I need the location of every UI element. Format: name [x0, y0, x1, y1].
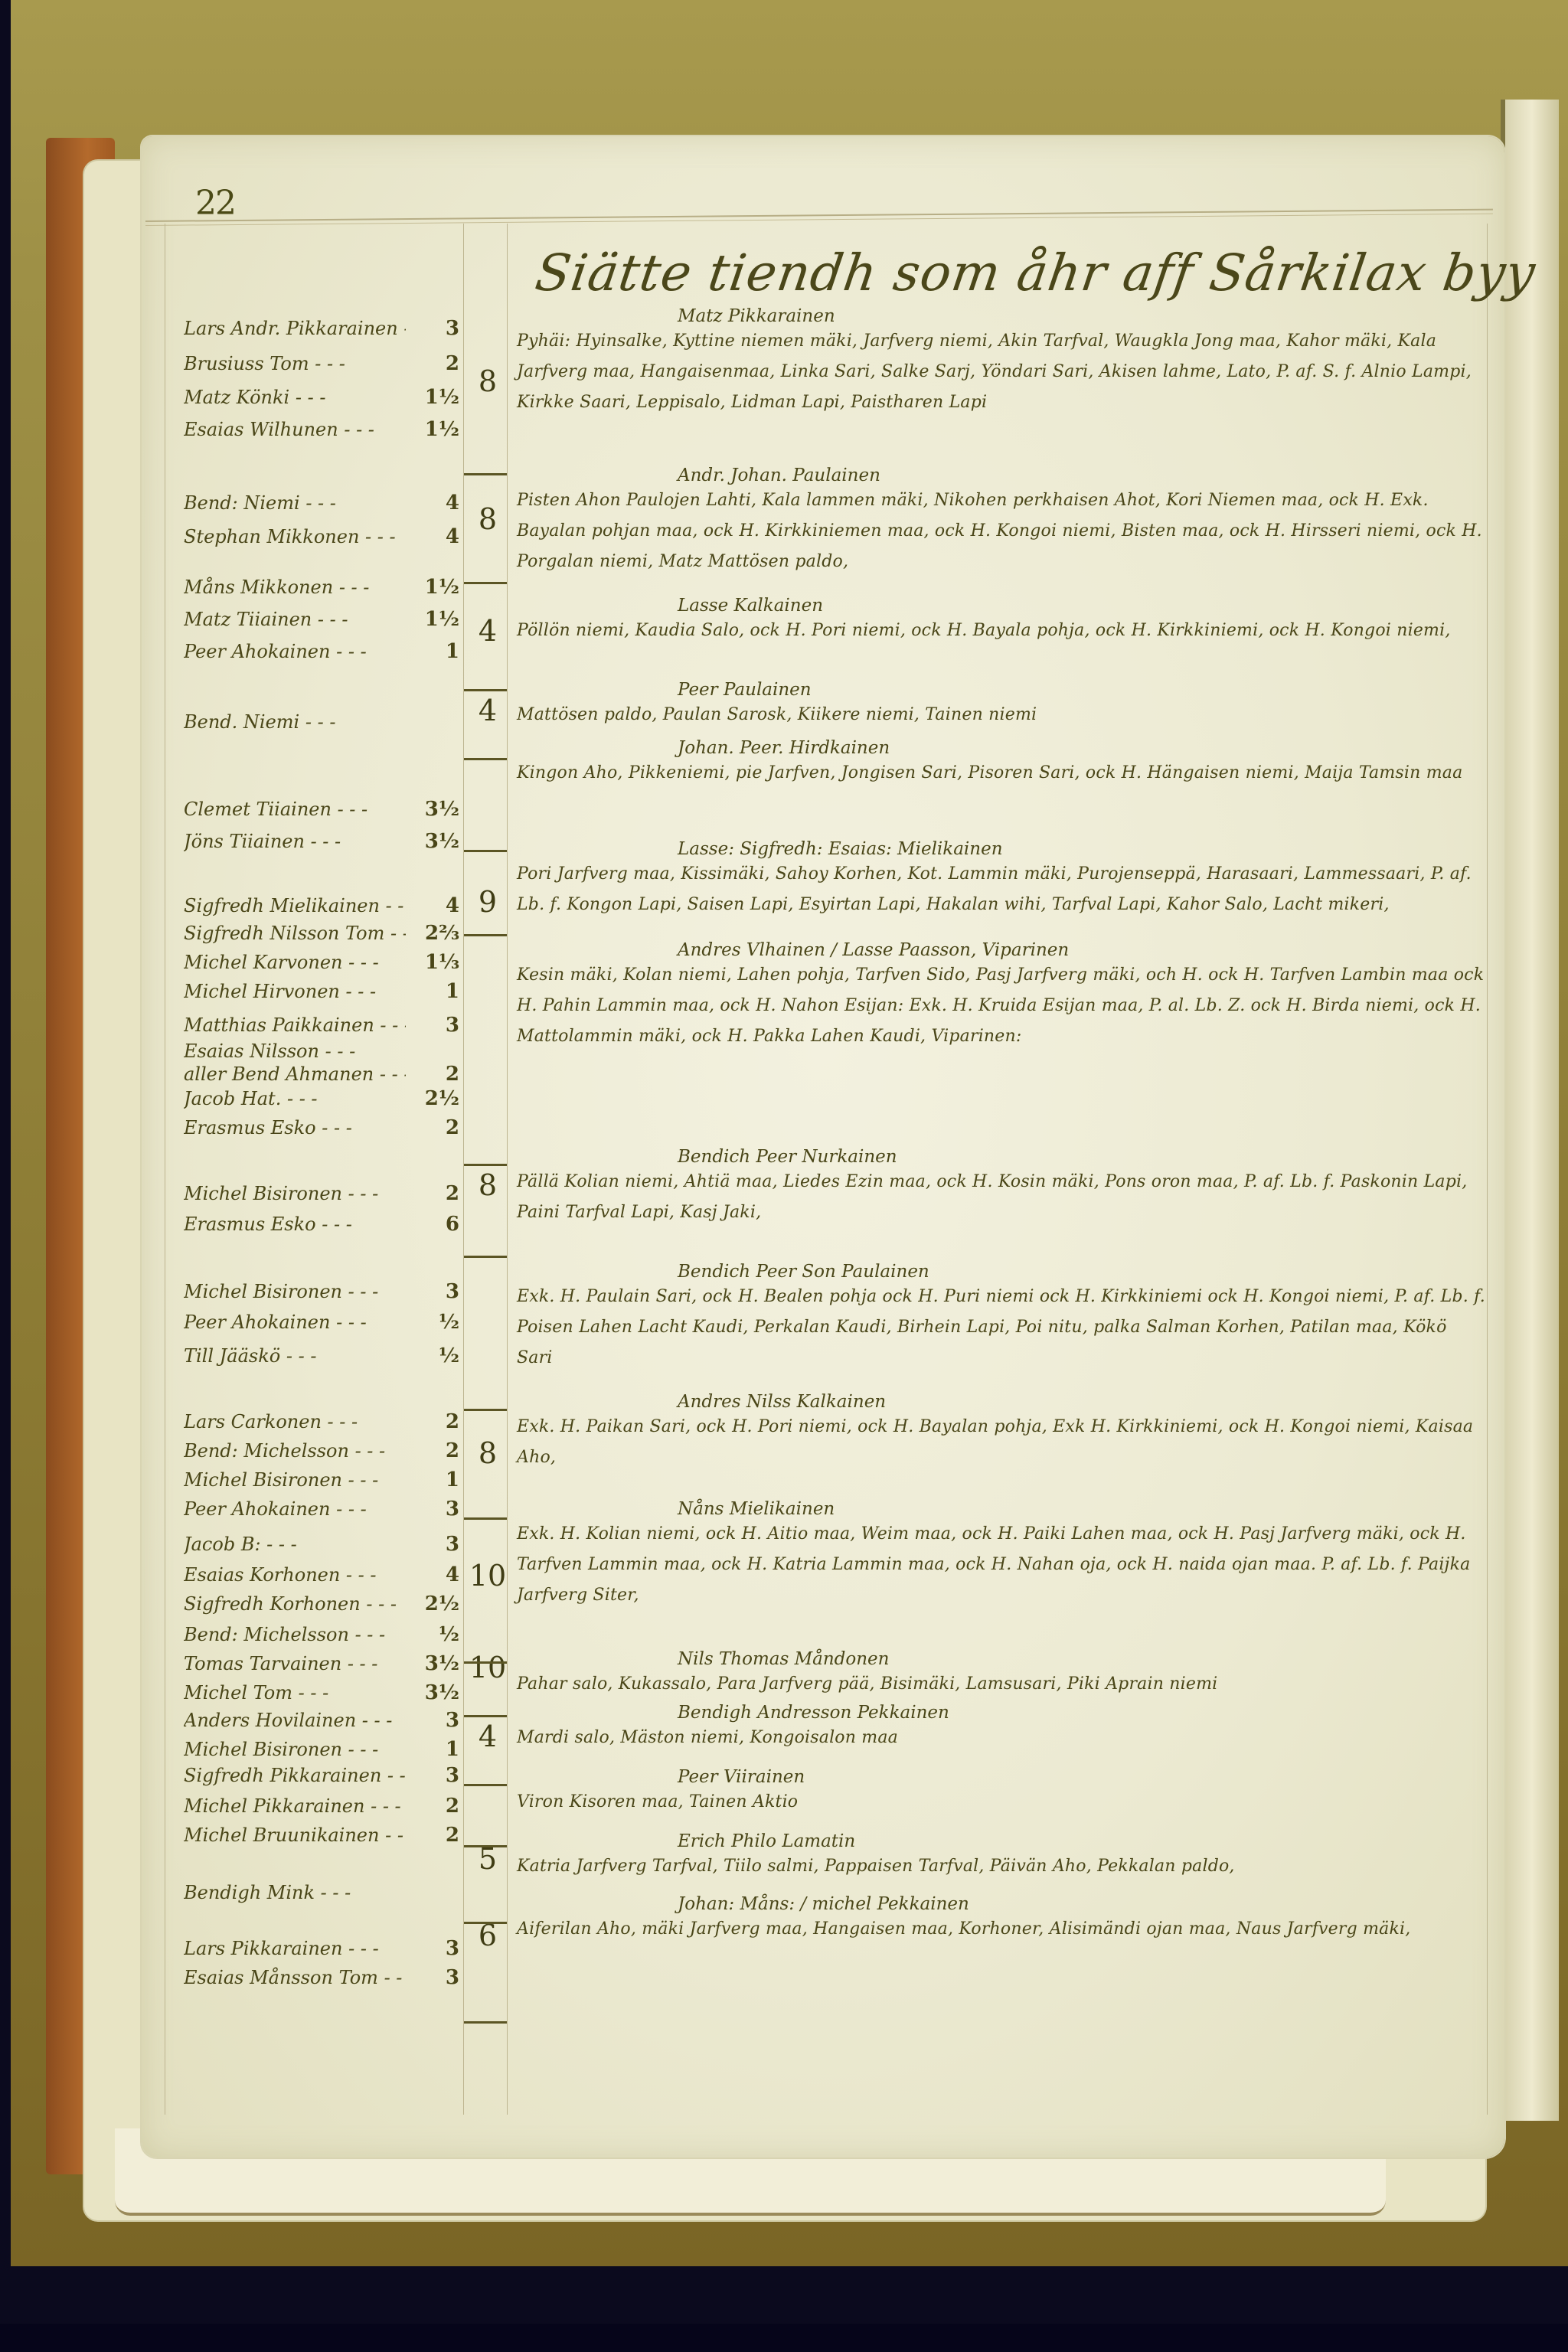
owner-row: Esaias Nilsson - - - [184, 1040, 459, 1062]
owner-share: 1 [446, 1468, 459, 1491]
owner-row: Lars Andr. Pikkarainen - - -3 [184, 317, 459, 340]
owner-name: Clemet Tiiainen - - - [184, 799, 367, 820]
owner-name: Michel Karvonen - - - [184, 952, 379, 973]
holding-entry: Nils Thomas MåndonenPahar salo, Kukassal… [517, 1649, 1485, 1700]
owner-name: Erasmus Esko - - - [184, 1117, 352, 1138]
holding-entry: Peer ViirainenViron Kisoren maa, Tainen … [517, 1767, 1485, 1818]
holding-description: Pällä Kolian niemi, Ahtiä maa, Liedes Ez… [517, 1167, 1485, 1228]
group-total: 9 [469, 885, 507, 919]
owner-name: Måns Mikkonen - - - [184, 577, 369, 598]
owner-name: Michel Tom - - - [184, 1682, 328, 1704]
owner-row: Bend: Michelsson - - -½ [184, 1623, 459, 1646]
group-total: 8 [469, 1436, 507, 1470]
holding-description: Exk. H. Paulain Sari, ock H. Bealen pohj… [517, 1282, 1485, 1374]
group-separator [464, 1715, 507, 1717]
owner-row: Michel Bruunikainen - - -2 [184, 1824, 459, 1847]
owner-share: 3 [446, 1966, 459, 1989]
holding-description: Viron Kisoren maa, Tainen Aktio [517, 1787, 1485, 1818]
owner-row: Lars Pikkarainen - - -3 [184, 1937, 459, 1960]
holding-description: Pisten Ahon Paulojen Lahti, Kala lammen … [517, 485, 1485, 577]
holding-description: Pöllön niemi, Kaudia Salo, ock H. Pori n… [517, 616, 1485, 646]
group-separator [464, 1256, 507, 1258]
owner-share: 3 [446, 1937, 459, 1960]
owner-name: aller Bend Ahmanen - - - [184, 1063, 406, 1085]
owner-share: 4 [446, 492, 459, 514]
owner-row: Esaias Korhonen - - -4 [184, 1563, 459, 1586]
holding-entry: Nåns MielikainenExk. H. Kolian niemi, oc… [517, 1499, 1485, 1611]
owner-share: 3 [446, 1280, 459, 1303]
holding-description: Kesin mäki, Kolan niemi, Lahen pohja, Ta… [517, 960, 1485, 1052]
owner-row: Michel Pikkarainen - - -2 [184, 1795, 459, 1818]
owner-name: Esaias Månsson Tom - - - [184, 1967, 406, 1988]
owner-share: ½ [439, 1311, 459, 1334]
holding-entry: Andr. Johan. PaulainenPisten Ahon Pauloj… [517, 465, 1485, 577]
owner-row: Peer Ahokainen - - -½ [184, 1311, 459, 1334]
owner-name: Matz Tiiainen - - - [184, 609, 348, 630]
group-separator [464, 473, 507, 475]
owner-name: Sigfredh Nilsson Tom - - - [184, 923, 406, 944]
owner-share: 6 [446, 1213, 459, 1236]
owner-row: Stephan Mikkonen - - -4 [184, 525, 459, 548]
owner-row: Michel Bisironen - - -1 [184, 1468, 459, 1491]
owner-name: Sigfredh Korhonen - - - [184, 1593, 397, 1615]
owner-share: 3 [446, 1764, 459, 1787]
page-number: 22 [195, 184, 235, 223]
owner-name: Michel Bruunikainen - - - [184, 1824, 406, 1846]
holder-name: Johan: Måns: / michel Pekkainen [678, 1894, 1485, 1914]
group-total: 4 [469, 694, 507, 727]
owner-name: Michel Bisironen - - - [184, 1469, 378, 1491]
holder-name: Andres Nilss Kalkainen [678, 1392, 1485, 1412]
owner-name: Bend: Michelsson - - - [184, 1440, 385, 1462]
owner-name: Jacob B: - - - [184, 1534, 297, 1555]
owner-share: 3 [446, 317, 459, 340]
group-separator [464, 1164, 507, 1166]
owner-name: Till Jääskö - - - [184, 1345, 316, 1367]
owner-row: Bend: Michelsson - - -2 [184, 1439, 459, 1462]
owner-name: Bendigh Mink - - - [184, 1882, 351, 1903]
group-separator [464, 582, 507, 584]
owner-share: ½ [439, 1344, 459, 1367]
scan-frame-bottom [0, 2324, 1568, 2352]
column-line-names [463, 224, 464, 2115]
owner-share: 2½ [425, 1592, 459, 1615]
group-separator [464, 1784, 507, 1786]
owner-share: 3½ [425, 830, 459, 853]
owner-share: 2 [446, 1795, 459, 1818]
owner-row: Tomas Tarvainen - - -3½ [184, 1652, 459, 1675]
owner-name: Bend. Niemi - - - [184, 711, 335, 733]
group-total: 10 [469, 1651, 507, 1684]
holding-entry: Lasse KalkainenPöllön niemi, Kaudia Salo… [517, 596, 1485, 646]
owner-share: 1½ [425, 608, 459, 631]
owner-share: 3½ [425, 1652, 459, 1675]
margin-line-left [165, 224, 165, 2115]
holding-entry: Johan. Peer. HirdkainenKingon Aho, Pikke… [517, 738, 1485, 789]
owner-name: Bend: Niemi - - - [184, 492, 336, 514]
owner-name: Michel Hirvonen - - - [184, 981, 376, 1002]
owner-row: Matthias Paikkainen - - -3 [184, 1014, 459, 1037]
owner-share: ½ [439, 1623, 459, 1646]
owner-name: Jöns Tiiainen - - - [184, 831, 341, 852]
holding-entry: Johan: Måns: / michel PekkainenAiferilan… [517, 1894, 1485, 1945]
group-separator [464, 758, 507, 760]
holding-entry: Bendich Peer Son PaulainenExk. H. Paulai… [517, 1262, 1485, 1374]
owner-row: Michel Bisironen - - -1 [184, 1738, 459, 1761]
holding-description: Katria Jarfverg Tarfval, Tiilo salmi, Pa… [517, 1851, 1485, 1882]
owner-row: Jacob Hat. - - -2½ [184, 1087, 459, 1110]
owner-row: Jacob B: - - -3 [184, 1533, 459, 1556]
holding-description: Aiferilan Aho, mäki Jarfverg maa, Hangai… [517, 1914, 1485, 1945]
owner-row: Bendigh Mink - - - [184, 1882, 459, 1903]
holding-entry: Peer PaulainenMattösen paldo, Paulan Sar… [517, 680, 1485, 730]
owner-share: 2 [446, 1063, 459, 1086]
owner-name: Matz Könki - - - [184, 387, 325, 408]
group-total: 8 [469, 364, 507, 398]
holding-entry: Lasse: Sigfredh: Esaias: MielikainenPori… [517, 839, 1485, 920]
owner-name: Esaias Wilhunen - - - [184, 419, 374, 440]
owner-row: Brusiuss Tom - - -2 [184, 352, 459, 375]
holder-name: Andres Vlhainen / Lasse Paasson, Viparin… [678, 940, 1485, 960]
owner-name: Peer Ahokainen - - - [184, 1312, 367, 1333]
column-line-totals [507, 224, 508, 2115]
group-separator [464, 1409, 507, 1411]
owner-row: Till Jääskö - - -½ [184, 1344, 459, 1367]
owner-row: Esaias Wilhunen - - -1½ [184, 418, 459, 441]
margin-line-right [1487, 224, 1488, 2115]
holder-name: Nåns Mielikainen [678, 1499, 1485, 1519]
owner-name: Michel Bisironen - - - [184, 1739, 378, 1760]
owner-row: Matz Tiiainen - - -1½ [184, 608, 459, 631]
group-total: 8 [469, 1168, 507, 1202]
owner-name: Sigfredh Pikkarainen - - - [184, 1765, 406, 1786]
owner-row: aller Bend Ahmanen - - -2 [184, 1063, 459, 1086]
holding-entry: Bendich Peer NurkainenPällä Kolian niemi… [517, 1147, 1485, 1228]
holding-entry: Matz PikkarainenPyhäi: Hyinsalke, Kyttin… [517, 306, 1485, 418]
book-right-edge [1501, 100, 1559, 2121]
owner-row: Anders Hovilainen - - -3 [184, 1709, 459, 1732]
owner-row: Lars Carkonen - - -2 [184, 1410, 459, 1433]
owner-name: Peer Ahokainen - - - [184, 1498, 367, 1520]
holder-name: Bendigh Andresson Pekkainen [678, 1703, 1485, 1723]
owner-share: 3 [446, 1498, 459, 1521]
owner-name: Lars Carkonen - - - [184, 1411, 358, 1432]
group-separator [464, 2021, 507, 2024]
owner-name: Lars Andr. Pikkarainen - - - [184, 318, 406, 339]
owner-name: Matthias Paikkainen - - - [184, 1014, 406, 1036]
holding-description: Exk. H. Paikan Sari, ock H. Pori niemi, … [517, 1412, 1485, 1473]
owner-name: Anders Hovilainen - - - [184, 1710, 392, 1731]
owner-share: 2 [446, 352, 459, 375]
owner-name: Erasmus Esko - - - [184, 1214, 352, 1235]
owner-name: Tomas Tarvainen - - - [184, 1653, 377, 1674]
owner-row: Bend. Niemi - - - [184, 711, 459, 733]
group-separator [464, 1845, 507, 1847]
holding-description: Pyhäi: Hyinsalke, Kyttine niemen mäki, J… [517, 326, 1485, 418]
holder-name: Bendich Peer Nurkainen [678, 1147, 1485, 1167]
holding-entry: Bendigh Andresson PekkainenMardi salo, M… [517, 1703, 1485, 1753]
owner-row: Sigfredh Mielikainen - - -4 [184, 894, 459, 917]
owner-share: 3 [446, 1533, 459, 1556]
holder-name: Andr. Johan. Paulainen [678, 465, 1485, 485]
owner-name: Esaias Korhonen - - - [184, 1564, 377, 1586]
holding-description: Mattösen paldo, Paulan Sarosk, Kiikere n… [517, 700, 1485, 730]
owner-row: Måns Mikkonen - - -1½ [184, 576, 459, 599]
owner-row: Michel Bisironen - - -3 [184, 1280, 459, 1303]
group-separator [464, 934, 507, 936]
owner-name: Lars Pikkarainen - - - [184, 1938, 379, 1959]
group-total: 4 [469, 1720, 507, 1753]
page-title: Siätte tiendh som åhr aff Sårkilax byy [532, 243, 1540, 302]
owner-name: Jacob Hat. - - - [184, 1088, 318, 1109]
owner-share: 2 [446, 1116, 459, 1139]
holder-name: Lasse Kalkainen [678, 596, 1485, 616]
holding-entry: Erich Philo LamatinKatria Jarfverg Tarfv… [517, 1831, 1485, 1882]
owner-row: Michel Tom - - -3½ [184, 1681, 459, 1704]
owner-row: Erasmus Esko - - -6 [184, 1213, 459, 1236]
owner-name: Bend: Michelsson - - - [184, 1624, 385, 1645]
owner-share: 2 [446, 1439, 459, 1462]
holder-name: Peer Paulainen [678, 680, 1485, 700]
owner-share: 1 [446, 980, 459, 1003]
owner-share: 3½ [425, 798, 459, 821]
holding-description: Mardi salo, Mäston niemi, Kongoisalon ma… [517, 1723, 1485, 1753]
group-separator [464, 1517, 507, 1520]
owner-row: Erasmus Esko - - -2 [184, 1116, 459, 1139]
owner-row: Sigfredh Pikkarainen - - -3 [184, 1764, 459, 1787]
holding-description: Kingon Aho, Pikkeniemi, pie Jarfven, Jon… [517, 758, 1485, 789]
owner-share: 3 [446, 1709, 459, 1732]
owner-share: 4 [446, 525, 459, 548]
group-separator [464, 1661, 507, 1664]
owner-share: 1½ [425, 386, 459, 409]
owner-name: Brusiuss Tom - - - [184, 353, 345, 374]
owner-share: 1 [446, 640, 459, 663]
holding-description: Pori Jarfverg maa, Kissimäki, Sahoy Korh… [517, 859, 1485, 920]
owner-row: Michel Karvonen - - -1⅓ [184, 951, 459, 974]
owner-row: Peer Ahokainen - - -3 [184, 1498, 459, 1521]
holder-name: Lasse: Sigfredh: Esaias: Mielikainen [678, 839, 1485, 859]
owner-row: Esaias Månsson Tom - - -3 [184, 1966, 459, 1989]
owner-share: 1⅓ [425, 951, 459, 974]
owner-share: 2 [446, 1182, 459, 1205]
group-total: 4 [469, 614, 507, 648]
owner-share: 2 [446, 1410, 459, 1433]
holding-description: Pahar salo, Kukassalo, Para Jarfverg pää… [517, 1669, 1485, 1700]
owner-row: Matz Könki - - -1½ [184, 386, 459, 409]
owner-row: Michel Bisironen - - -2 [184, 1182, 459, 1205]
owner-share: 1 [446, 1738, 459, 1761]
group-separator [464, 850, 507, 852]
owner-name: Sigfredh Mielikainen - - - [184, 895, 406, 916]
holder-name: Johan. Peer. Hirdkainen [678, 738, 1485, 758]
owner-row: Clemet Tiiainen - - -3½ [184, 798, 459, 821]
holding-description: Exk. H. Kolian niemi, ock H. Aitio maa, … [517, 1519, 1485, 1611]
holder-name: Bendich Peer Son Paulainen [678, 1262, 1485, 1282]
owner-name: Esaias Nilsson - - - [184, 1040, 355, 1062]
owner-name: Peer Ahokainen - - - [184, 641, 367, 662]
owner-row: Peer Ahokainen - - -1 [184, 640, 459, 663]
owner-share: 3½ [425, 1681, 459, 1704]
owner-share: 1½ [425, 576, 459, 599]
holder-name: Erich Philo Lamatin [678, 1831, 1485, 1851]
owner-share: 3 [446, 1014, 459, 1037]
group-total: 8 [469, 502, 507, 536]
owner-row: Michel Hirvonen - - -1 [184, 980, 459, 1003]
holding-entry: Andres Vlhainen / Lasse Paasson, Viparin… [517, 940, 1485, 1052]
owner-share: 2⅔ [425, 922, 459, 945]
holder-name: Nils Thomas Måndonen [678, 1649, 1485, 1669]
owner-name: Stephan Mikkonen - - - [184, 526, 396, 547]
owner-share: 1½ [425, 418, 459, 441]
group-separator [464, 689, 507, 691]
owner-row: Bend: Niemi - - -4 [184, 492, 459, 514]
owner-share: 2½ [425, 1087, 459, 1110]
owner-name: Michel Bisironen - - - [184, 1183, 378, 1204]
holding-entry: Andres Nilss KalkainenExk. H. Paikan Sar… [517, 1392, 1485, 1473]
owner-row: Sigfredh Korhonen - - -2½ [184, 1592, 459, 1615]
owner-row: Jöns Tiiainen - - -3½ [184, 830, 459, 853]
owner-name: Michel Bisironen - - - [184, 1281, 378, 1302]
group-total: 10 [469, 1559, 507, 1592]
owner-share: 2 [446, 1824, 459, 1847]
owner-name: Michel Pikkarainen - - - [184, 1795, 401, 1817]
group-separator [464, 1922, 507, 1924]
holder-name: Matz Pikkarainen [678, 306, 1485, 326]
holder-name: Peer Viirainen [678, 1767, 1485, 1787]
owner-row: Sigfredh Nilsson Tom - - -2⅔ [184, 922, 459, 945]
owner-share: 4 [446, 894, 459, 917]
owner-share: 4 [446, 1563, 459, 1586]
